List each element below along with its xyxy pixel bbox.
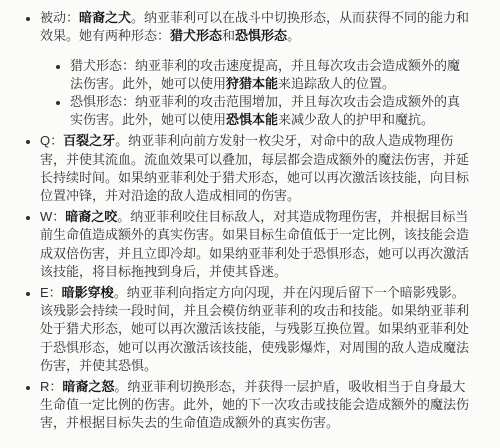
bold-term: 猎犬形态: [170, 28, 222, 43]
ability-item-q: Q：百裂之牙。纳亚菲利向前方发射一枚尖牙，对命中的敌人造成物理伤害，并使其流血。…: [40, 132, 472, 205]
form-item-hound-form: 猎犬形态：纳亚菲利的攻击速度提高，并且每次攻击会造成额外的魔法伤害。此外，她可以…: [70, 57, 472, 94]
ability-item-e: E：暗影穿梭。纳亚菲利向指定方向闪现，并在闪现后留下一个暗影残影。该残影会持续一…: [40, 284, 472, 375]
ability-item-r: R：暗裔之怒。纳亚菲利切换形态，并获得一层护盾，吸收相当于自身最大生命值一定比例…: [40, 378, 472, 433]
form-item-fear-form: 恐惧形态：纳亚菲利的攻击范围增加，并且每次攻击会造成额外的真实伤害。此外，她可以…: [70, 93, 472, 130]
text-segment: 和: [222, 28, 235, 43]
passive-intro-text: 被动：暗裔之犬。纳亚菲利可以在战斗中切换形态，从而获得不同的能力和效果。她有两种…: [40, 9, 472, 46]
ability-item-w: W：暗裔之咬。纳亚菲利咬住目标敌人，对其造成物理伤害，并根据目标当前生命值造成额…: [40, 208, 472, 281]
ability-list: 被动：暗裔之犬。纳亚菲利可以在战斗中切换形态，从而获得不同的能力和效果。她有两种…: [28, 9, 472, 433]
text-segment: E：: [40, 285, 62, 300]
bold-term: 暗影穿梭: [62, 285, 114, 300]
bold-term: 狩猎本能: [226, 76, 278, 91]
bold-term: 百裂之牙: [63, 133, 115, 148]
text-segment: 来减少敌人的护甲和魔抗。: [278, 112, 434, 127]
bold-term: 暗裔之咬: [65, 209, 117, 224]
text-segment: W：: [40, 209, 65, 224]
passive-forms-list: 猎犬形态：纳亚菲利的攻击速度提高，并且每次攻击会造成额外的魔法伤害。此外，她可以…: [40, 57, 472, 130]
text-segment: Q：: [40, 133, 63, 148]
text-segment: 被动：: [40, 10, 79, 25]
bold-term: 暗裔之怒: [62, 379, 114, 394]
text-segment: 来追踪敌人的位置。: [278, 76, 395, 91]
ability-item-passive: 被动：暗裔之犬。纳亚菲利可以在战斗中切换形态，从而获得不同的能力和效果。她有两种…: [40, 9, 472, 130]
text-segment: 。: [287, 28, 300, 43]
bold-term: 恐惧本能: [226, 112, 278, 127]
text-segment: R：: [40, 379, 62, 394]
ability-document: 被动：暗裔之犬。纳亚菲利可以在战斗中切换形态，从而获得不同的能力和效果。她有两种…: [0, 0, 500, 448]
bold-term: 暗裔之犬: [79, 10, 131, 25]
bold-term: 恐惧形态: [235, 28, 287, 43]
